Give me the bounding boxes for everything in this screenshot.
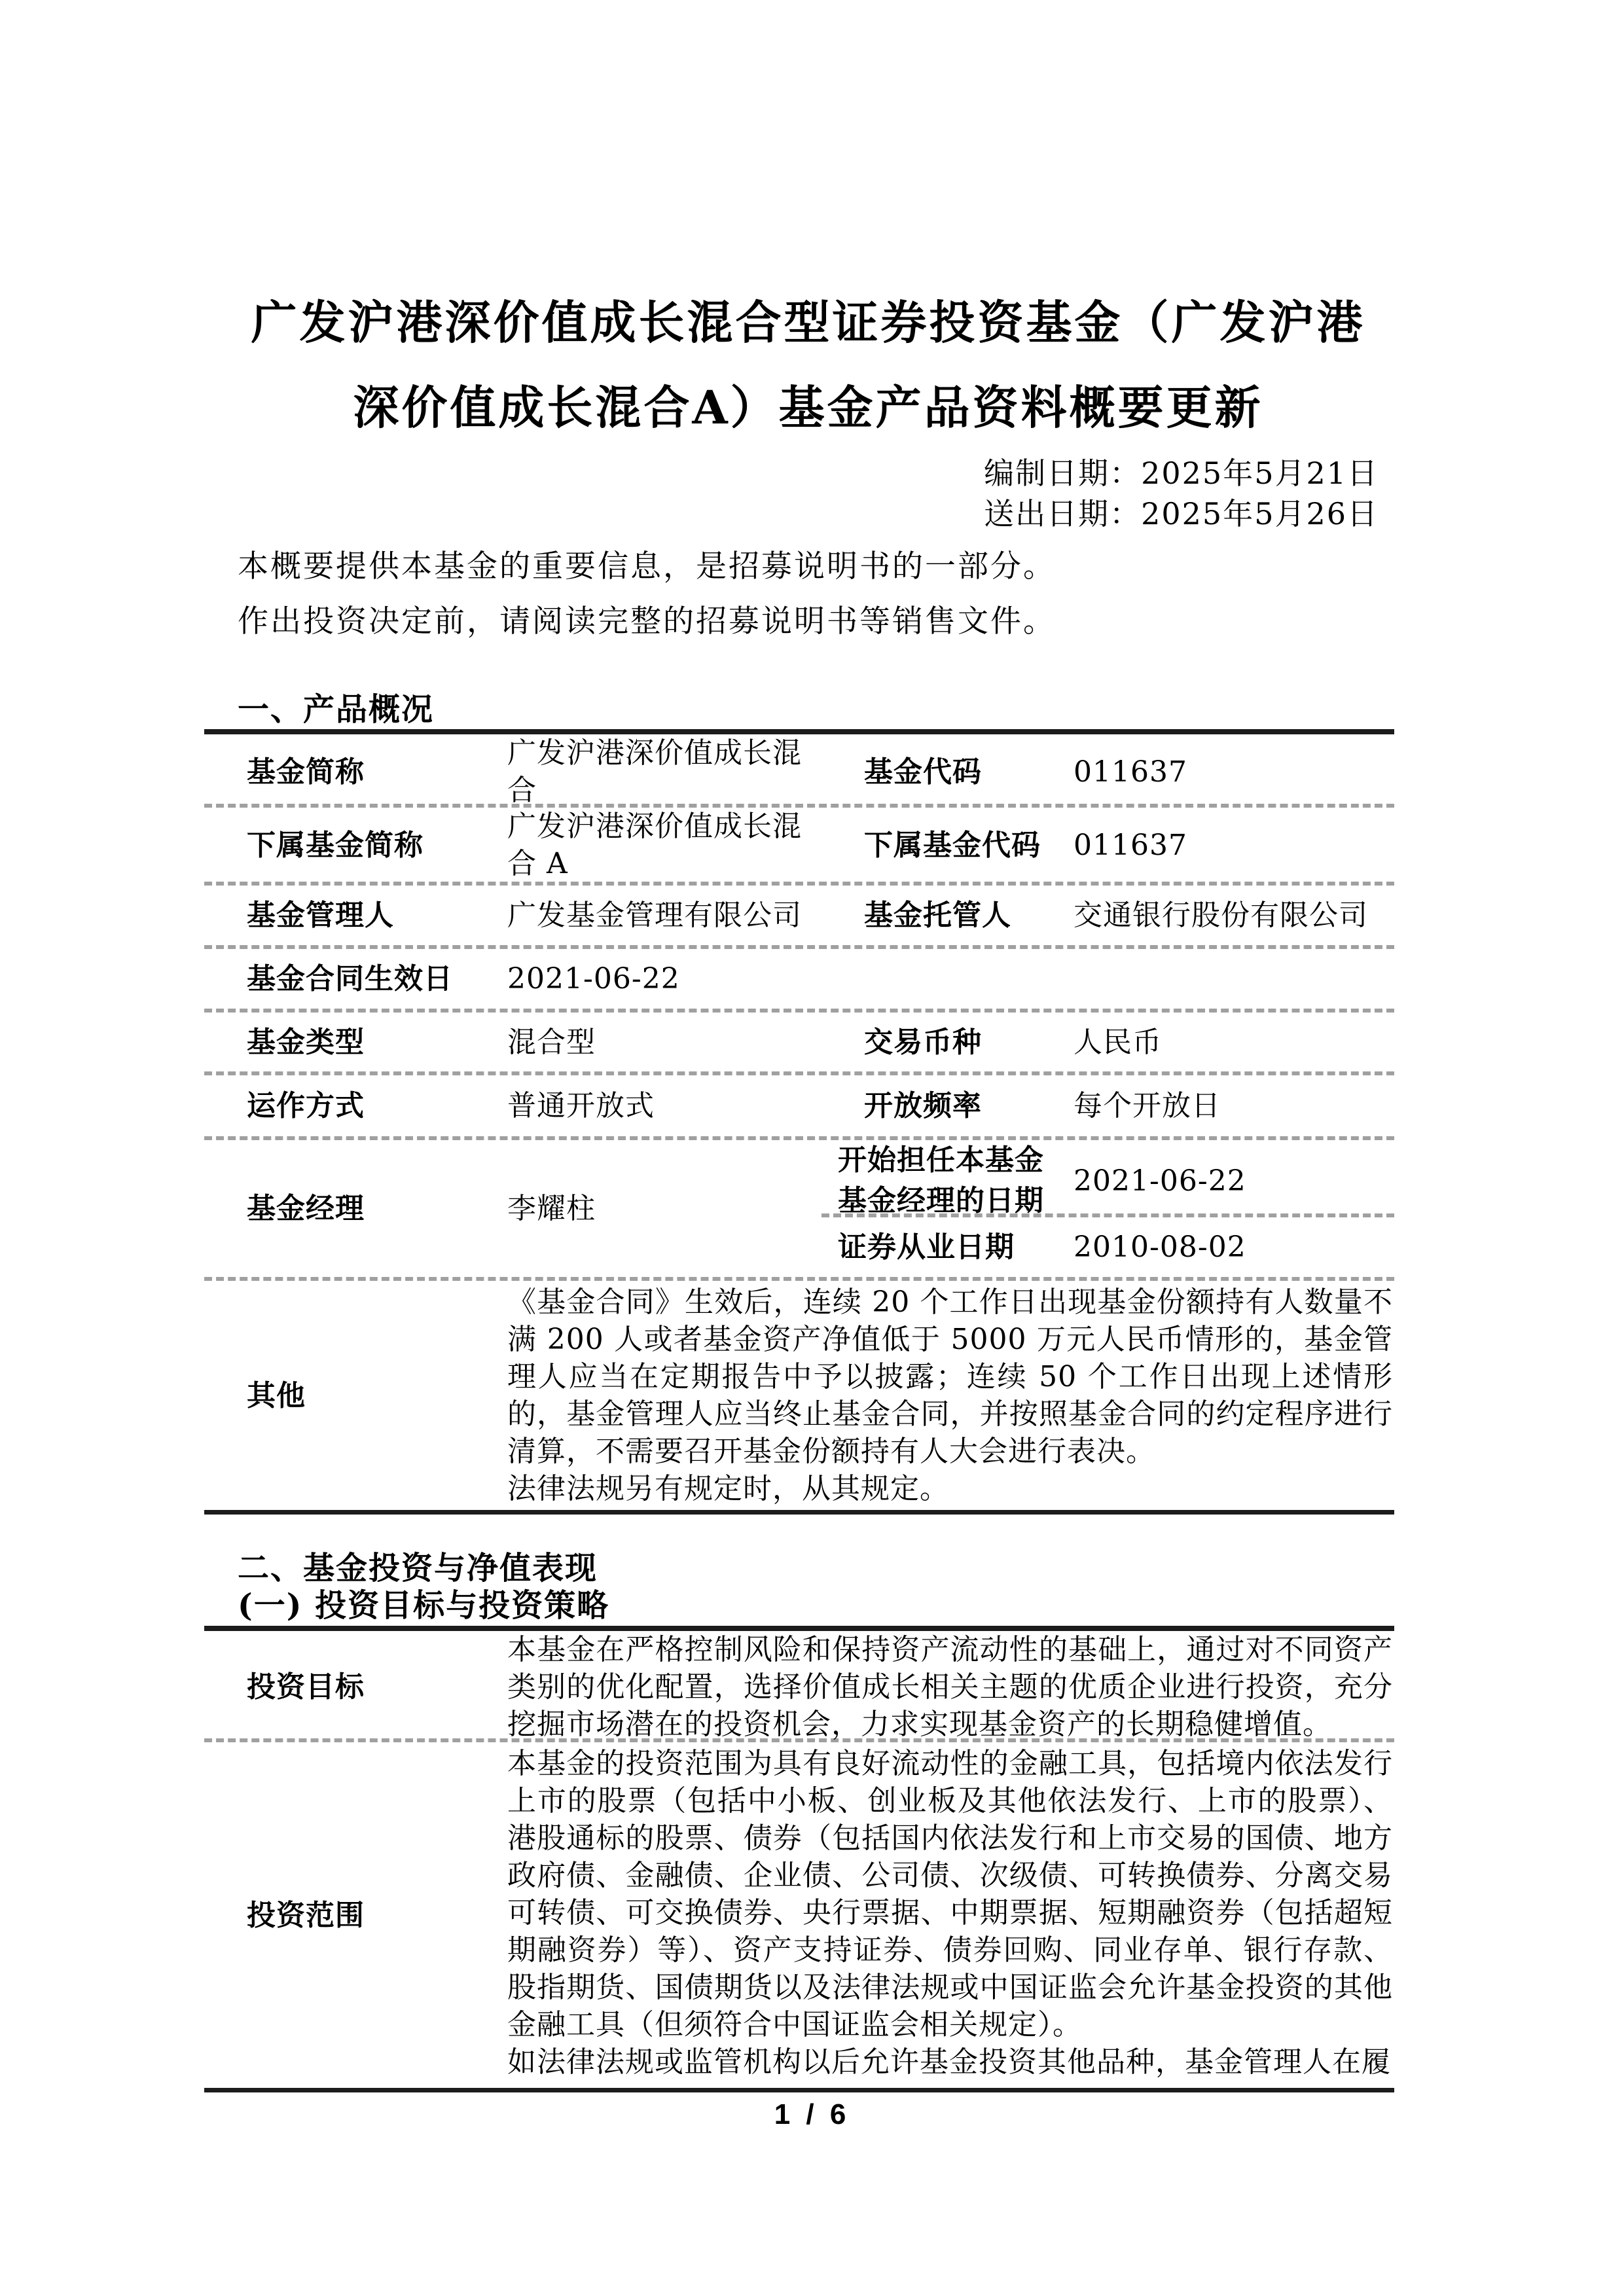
effective-date-value: 2021-06-22 <box>491 949 821 1009</box>
empty-cell <box>821 949 1057 1009</box>
intro-line2: 作出投资决定前，请阅读完整的招募说明书等销售文件。 <box>238 594 1394 649</box>
intro-block: 本概要提供本基金的重要信息，是招募说明书的一部分。 作出投资决定前，请阅读完整的… <box>204 539 1394 649</box>
manager-value: 广发基金管理有限公司 <box>491 886 821 945</box>
currency-label: 交易币种 <box>821 1013 1057 1071</box>
manager-subrow-practice-date: 证券从业日期 2010-08-02 <box>821 1217 1394 1277</box>
scope-value: 本基金的投资范围为具有良好流动性的金融工具，包括境内依法发行上市的股票（包括中小… <box>491 1742 1394 2088</box>
table-row-objective: 投资目标 本基金在严格控制风险和保持资产流动性的基础上，通过对不同资产类别的优化… <box>204 1631 1394 1742</box>
table-row-effective-date: 基金合同生效日 2021-06-22 <box>204 949 1394 1013</box>
sub-fund-code-value: 011637 <box>1057 808 1394 882</box>
fund-abbr-label: 基金简称 <box>204 734 491 809</box>
table-row-sub-fund-abbr: 下属基金简称 广发沪港深价值成长混合 A 下属基金代码 011637 <box>204 808 1394 886</box>
manager-subrow-start-date: 开始担任本基金基金经理的日期 2021-06-22 <box>821 1140 1394 1217</box>
investment-table: 投资目标 本基金在严格控制风险和保持资产流动性的基础上，通过对不同资产类别的优化… <box>204 1626 1394 2092</box>
fund-manager-label: 基金经理 <box>204 1140 491 1277</box>
practice-date-value: 2010-08-02 <box>1057 1217 1394 1277</box>
empty-cell <box>1057 949 1394 1009</box>
open-freq-value: 每个开放日 <box>1057 1075 1394 1136</box>
table-row-scope: 投资范围 本基金的投资范围为具有良好流动性的金融工具，包括境内依法发行上市的股票… <box>204 1742 1394 2088</box>
fund-manager-left: 基金经理 李耀柱 <box>204 1140 821 1277</box>
sub-fund-code-label: 下属基金代码 <box>821 808 1057 882</box>
mgr-start-date-label: 开始担任本基金基金经理的日期 <box>821 1140 1057 1221</box>
section1-heading: 一、产品概况 <box>204 690 1394 729</box>
fund-code-label: 基金代码 <box>821 734 1057 809</box>
section2-heading: 二、基金投资与净值表现 <box>238 1550 1394 1587</box>
custodian-label: 基金托管人 <box>821 886 1057 945</box>
effective-date-label: 基金合同生效日 <box>204 949 491 1009</box>
table-row-fund-manager: 基金经理 李耀柱 开始担任本基金基金经理的日期 2021-06-22 证券从业日… <box>204 1140 1394 1281</box>
compile-date: 编制日期：2025年5月21日 <box>204 453 1379 493</box>
operation-value: 普通开放式 <box>491 1075 821 1136</box>
open-freq-label: 开放频率 <box>821 1075 1057 1136</box>
fund-manager-value: 李耀柱 <box>491 1140 821 1277</box>
table-row-fund-abbr: 基金简称 广发沪港深价值成长混合 基金代码 011637 <box>204 734 1394 808</box>
table-row-fund-type: 基金类型 混合型 交易币种 人民币 <box>204 1013 1394 1075</box>
objective-label: 投资目标 <box>204 1631 491 1743</box>
fund-abbr-value: 广发沪港深价值成长混合 <box>491 734 821 809</box>
other-value: 《基金合同》生效后，连续 20 个工作日出现基金份额持有人数量不满 200 人或… <box>491 1281 1394 1510</box>
currency-value: 人民币 <box>1057 1013 1394 1071</box>
page-number: 1 / 6 <box>0 2098 1624 2131</box>
scope-label: 投资范围 <box>204 1742 491 2088</box>
table-row-operation: 运作方式 普通开放式 开放频率 每个开放日 <box>204 1075 1394 1140</box>
section2-heading-block: 二、基金投资与净值表现 (一) 投资目标与投资策略 <box>204 1550 1394 1624</box>
intro-line1: 本概要提供本基金的重要信息，是招募说明书的一部分。 <box>238 539 1394 594</box>
send-date: 送出日期：2025年5月26日 <box>204 493 1379 534</box>
document-title-line2: 深价值成长混合A）基金产品资料概要更新 <box>238 365 1379 450</box>
table-row-other: 其他 《基金合同》生效后，连续 20 个工作日出现基金份额持有人数量不满 200… <box>204 1281 1394 1510</box>
date-block: 编制日期：2025年5月21日 送出日期：2025年5月26日 <box>204 453 1394 534</box>
document-title-line1: 广发沪港深价值成长混合型证券投资基金（广发沪港 <box>238 280 1379 365</box>
sub-fund-abbr-label: 下属基金简称 <box>204 808 491 882</box>
fund-type-value: 混合型 <box>491 1013 821 1071</box>
section2-subheading: (一) 投资目标与投资策略 <box>238 1587 1394 1624</box>
document-title: 广发沪港深价值成长混合型证券投资基金（广发沪港 深价值成长混合A）基金产品资料概… <box>204 280 1394 450</box>
document-page: 广发沪港深价值成长混合型证券投资基金（广发沪港 深价值成长混合A）基金产品资料概… <box>0 0 1624 2296</box>
objective-value: 本基金在严格控制风险和保持资产流动性的基础上，通过对不同资产类别的优化配置，选择… <box>491 1631 1394 1743</box>
operation-label: 运作方式 <box>204 1075 491 1136</box>
fund-manager-right: 开始担任本基金基金经理的日期 2021-06-22 证券从业日期 2010-08… <box>821 1140 1394 1277</box>
practice-date-label: 证券从业日期 <box>821 1217 1057 1277</box>
manager-label: 基金管理人 <box>204 886 491 945</box>
product-overview-table: 基金简称 广发沪港深价值成长混合 基金代码 011637 下属基金简称 广发沪港… <box>204 729 1394 1515</box>
table-row-manager: 基金管理人 广发基金管理有限公司 基金托管人 交通银行股份有限公司 <box>204 886 1394 949</box>
fund-code-value: 011637 <box>1057 734 1394 809</box>
other-label: 其他 <box>204 1281 491 1510</box>
mgr-start-date-value: 2021-06-22 <box>1057 1140 1394 1221</box>
sub-fund-abbr-value: 广发沪港深价值成长混合 A <box>491 808 821 882</box>
custodian-value: 交通银行股份有限公司 <box>1057 886 1394 945</box>
fund-type-label: 基金类型 <box>204 1013 491 1071</box>
